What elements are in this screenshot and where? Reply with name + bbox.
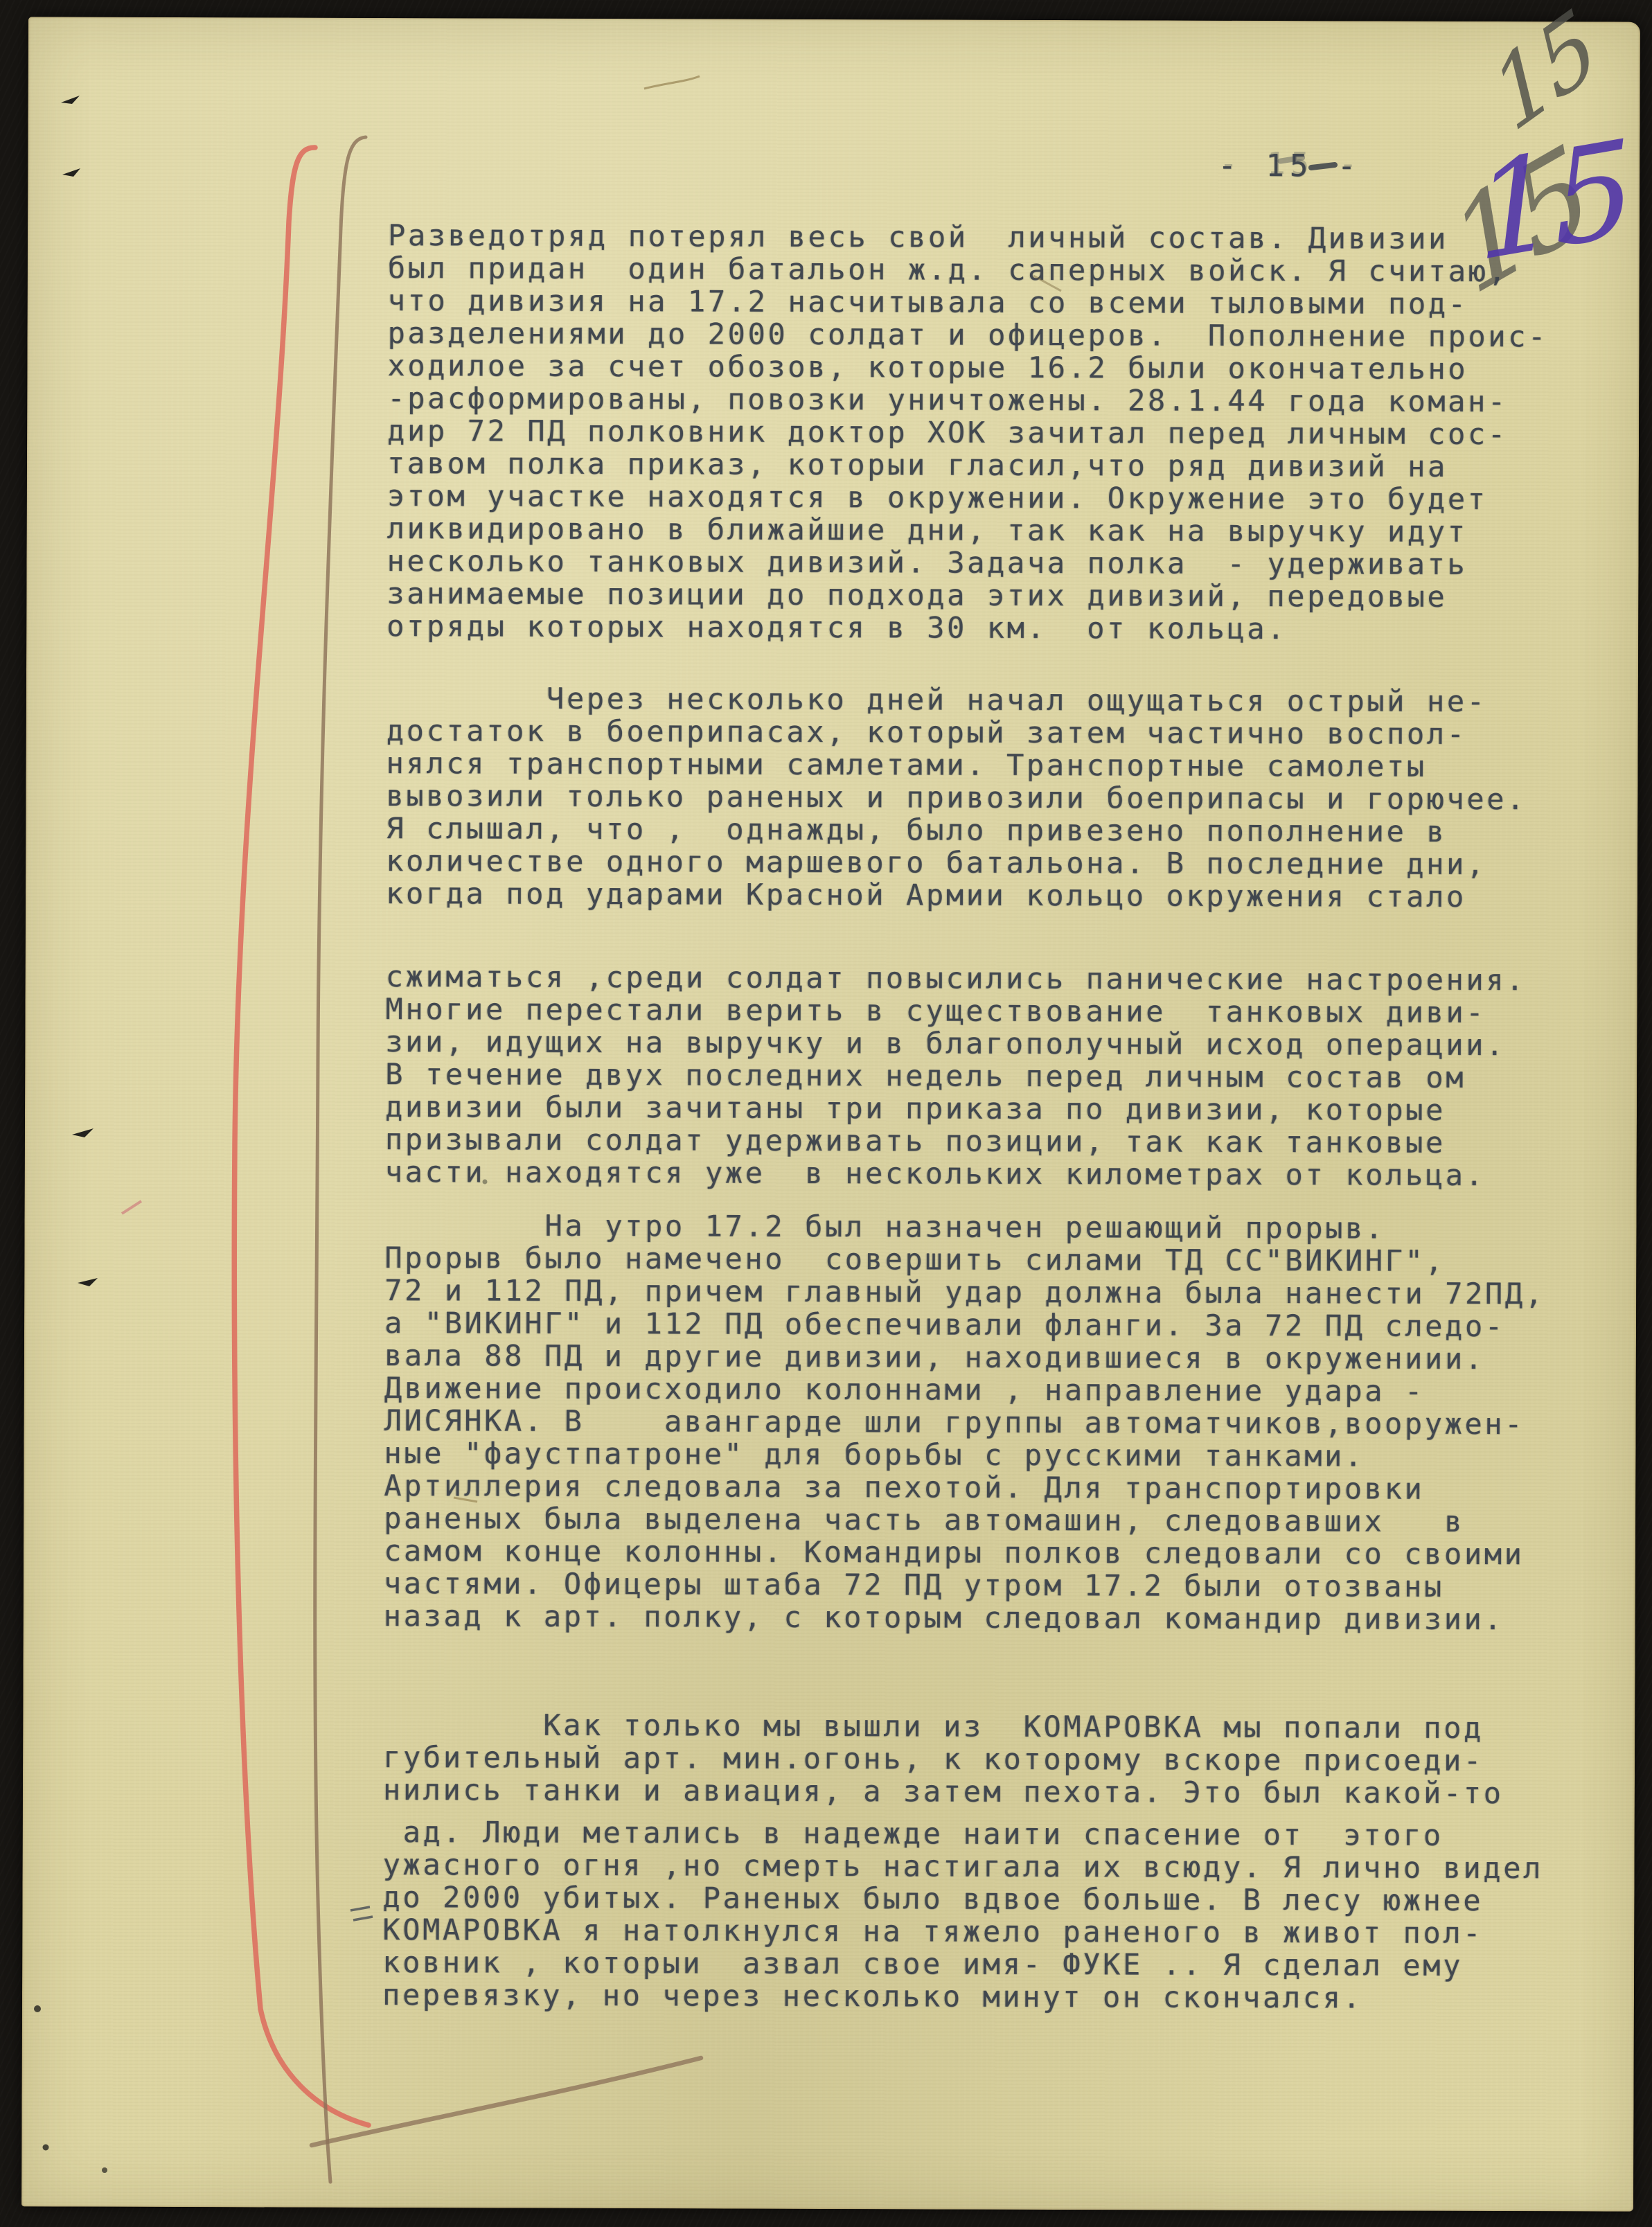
typed-paragraph: Как только мы вышли из КОМАРОВКА мы попа… — [383, 1708, 1504, 1809]
typed-paragraph: сжиматься ,среди солдат повысились панич… — [385, 960, 1527, 1191]
scanned-page: - 15 - 15 15 15 Разведотряд потерял весь… — [21, 17, 1640, 2211]
typed-paragraph: На утро 17.2 был назначен решающий проры… — [384, 1209, 1545, 1635]
typed-paragraph-continuation: ад. Люди метались в надежде наити спасен… — [382, 1816, 1543, 2014]
typed-paragraph: Разведотряд потерял весь свой личный сос… — [387, 219, 1548, 646]
typed-page-number: - 15 - — [1218, 150, 1361, 183]
scanner-background: - 15 - 15 15 15 Разведотряд потерял весь… — [0, 0, 1652, 2227]
typed-paragraph: Через несколько дней начал ощущаться ост… — [386, 682, 1527, 913]
